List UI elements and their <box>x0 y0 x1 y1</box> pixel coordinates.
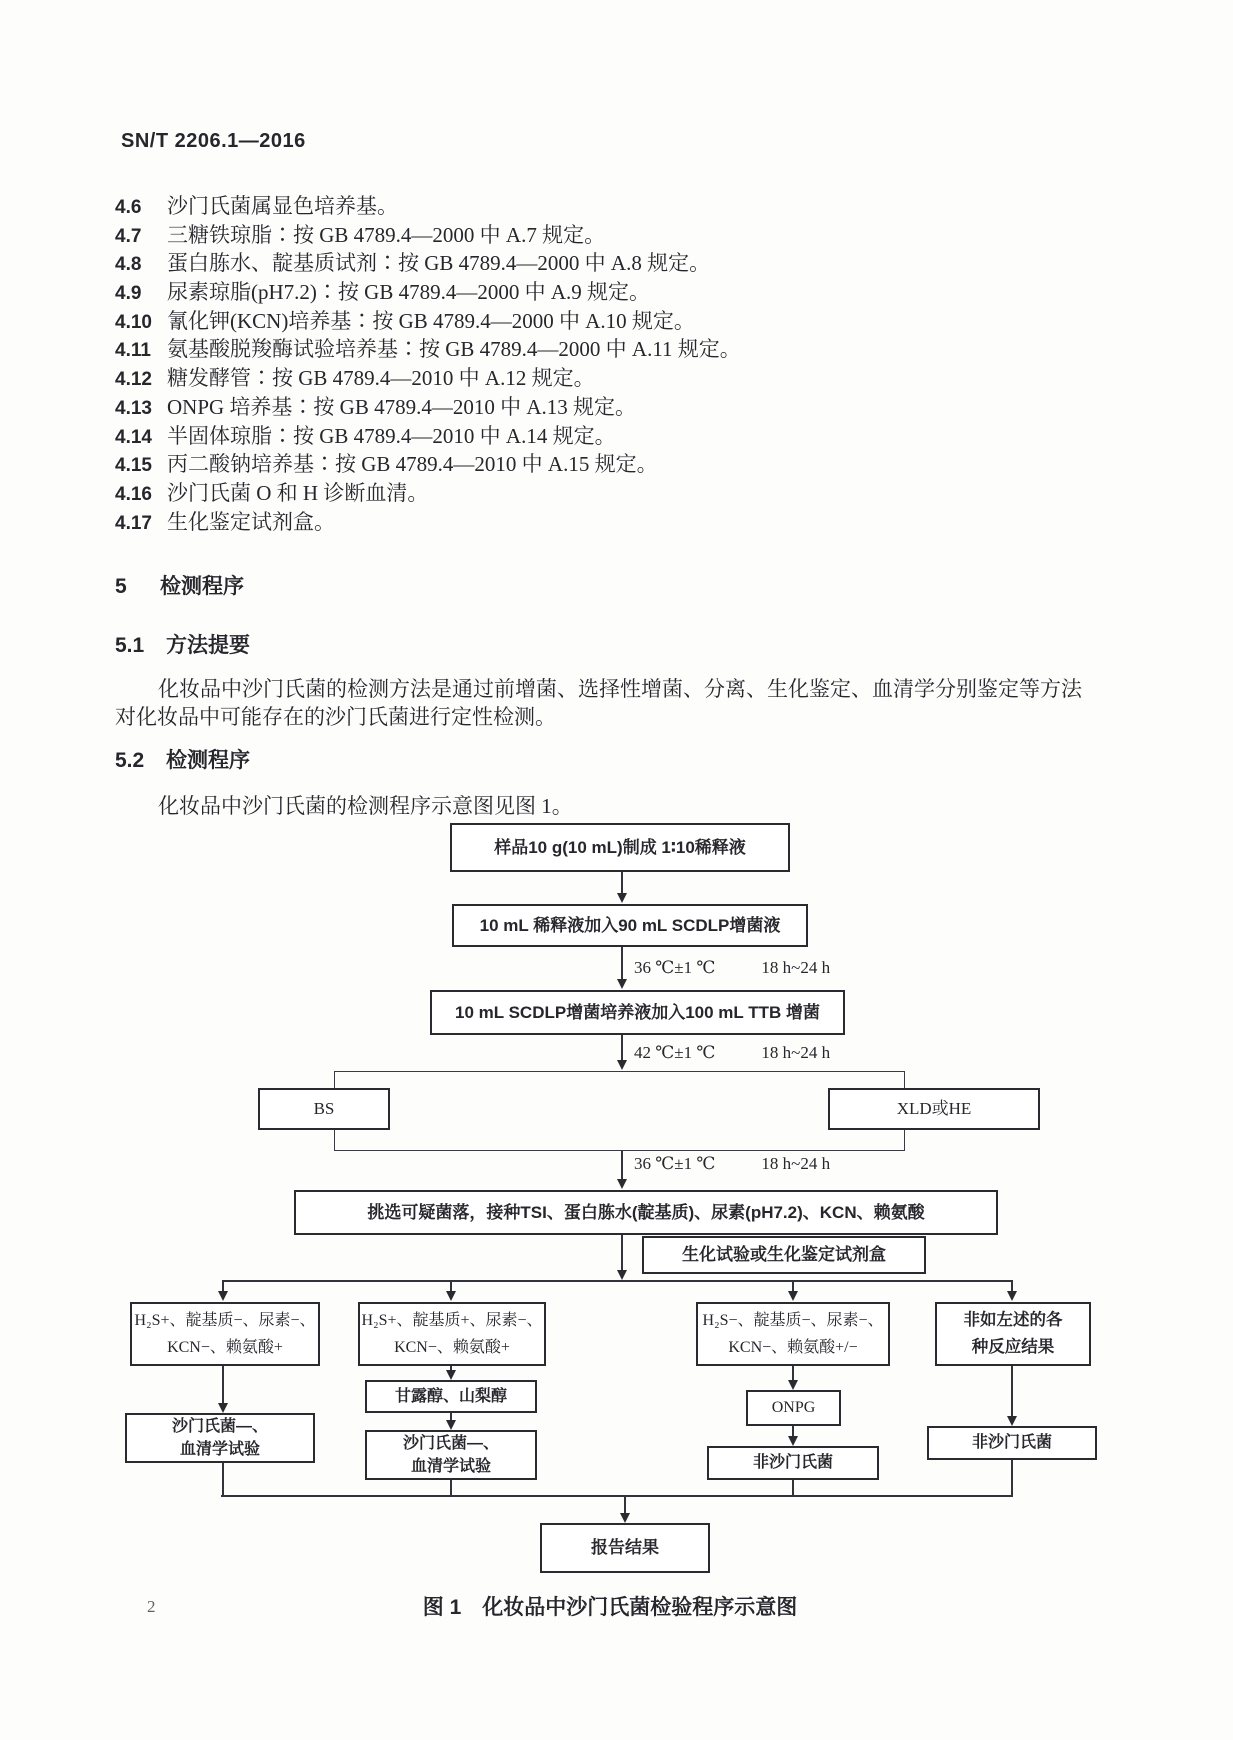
clause-number: 4.16 <box>115 481 167 510</box>
clause-item: 4.15丙二酸钠培养基∶按 GB 4789.4—2010 中 A.15 规定。 <box>115 450 741 479</box>
criteria-line: 种反应结果 <box>972 1334 1055 1361</box>
figure-caption: 图 1 化妆品中沙门氏菌检验程序示意图 <box>0 1591 1220 1621</box>
clause-text: 糖发酵管∶按 GB 4789.4—2010 中 A.12 规定。 <box>167 366 595 390</box>
arrow-down-icon <box>788 1436 798 1446</box>
flow-box-ttb: 10 mL SCDLP增菌培养液加入100 mL TTB 增菌 <box>430 990 845 1035</box>
result-line: 沙门氏菌—、 <box>172 1415 268 1438</box>
flow-connector <box>621 872 623 893</box>
flow-box-criteria-1: H₂S+、靛基质−、尿素−、 KCN−、赖氨酸+ <box>130 1302 320 1366</box>
incubation-condition-2: 42 ℃±1 ℃ 18 h~24 h <box>634 1043 830 1063</box>
flow-connector <box>624 1497 626 1513</box>
flow-box-pick-colonies: 挑选可疑菌落，接种TSI、蛋白胨水(靛基质)、尿素(pH7.2)、KCN、赖氨酸 <box>294 1190 998 1235</box>
clause-number: 4.6 <box>115 194 167 223</box>
section-number: 5 <box>115 575 160 599</box>
flow-join-line <box>221 1495 1013 1497</box>
criteria-line: KCN−、赖氨酸+ <box>394 1334 510 1361</box>
flow-connector <box>1011 1282 1013 1291</box>
flow-split-loop <box>334 1071 905 1151</box>
arrow-down-icon <box>446 1291 456 1301</box>
incubation-condition-1: 36 ℃±1 ℃ 18 h~24 h <box>634 958 830 978</box>
clause-item: 4.12糖发酵管∶按 GB 4789.4—2010 中 A.12 规定。 <box>115 364 741 393</box>
arrow-down-icon <box>446 1420 456 1430</box>
clause-text: 三糖铁琼脂∶按 GB 4789.4—2000 中 A.7 规定。 <box>167 223 605 247</box>
clause-item: 4.6沙门氏菌属显色培养基。 <box>115 192 741 221</box>
clause-item: 4.9尿素琼脂(pH7.2)∶按 GB 4789.4—2000 中 A.9 规定… <box>115 278 741 307</box>
flow-connector <box>792 1282 794 1291</box>
condition-time: 18 h~24 h <box>761 1154 830 1174</box>
section-title: 方法提要 <box>166 634 250 657</box>
clause-text: 氰化钾(KCN)培养基∶按 GB 4789.4—2000 中 A.10 规定。 <box>167 309 695 333</box>
section-5-2-heading: 5.2检测程序 <box>115 744 250 774</box>
clause-number: 4.17 <box>115 510 167 539</box>
document-page: SN/T 2206.1—2016 4.6沙门氏菌属显色培养基。 4.7三糖铁琼脂… <box>0 0 1233 1740</box>
arrow-down-icon <box>788 1291 798 1301</box>
flow-box-criteria-3: H₂S−、靛基质−、尿素−、 KCN−、赖氨酸+/− <box>696 1302 890 1366</box>
clause-item: 4.17生化鉴定试剂盒。 <box>115 508 741 537</box>
clause-text: 氨基酸脱羧酶试验培养基∶按 GB 4789.4—2000 中 A.11 规定。 <box>167 337 741 361</box>
flow-box-mannitol: 甘露醇、山梨醇 <box>365 1380 537 1413</box>
result-line: 沙门氏菌—、 <box>403 1432 499 1455</box>
clause-number: 4.14 <box>115 424 167 453</box>
paragraph-5-1-line1: 化妆品中沙门氏菌的检测方法是通过前增菌、选择性增菌、分离、生化鉴定、血清学分别鉴… <box>158 673 1082 703</box>
flow-connector <box>792 1426 794 1436</box>
flow-connector <box>621 947 623 979</box>
criteria-line: H₂S−、靛基质−、尿素−、 <box>702 1307 883 1334</box>
flow-connector <box>621 1235 623 1270</box>
flow-box-sample: 样品10 g(10 mL)制成 1∶10稀释液 <box>450 823 790 872</box>
clause-item: 4.11氨基酸脱羧酶试验培养基∶按 GB 4789.4—2000 中 A.11 … <box>115 335 741 364</box>
arrow-down-icon <box>617 1270 627 1280</box>
section-number: 5.2 <box>115 749 166 773</box>
clause-number: 4.11 <box>115 337 167 366</box>
clause-text: 蛋白胨水、靛基质试剂∶按 GB 4789.4—2000 中 A.8 规定。 <box>167 251 710 275</box>
flow-connector <box>1011 1366 1013 1416</box>
flow-split-line <box>222 1280 1013 1282</box>
arrow-down-icon <box>620 1513 630 1523</box>
arrow-down-icon <box>446 1370 456 1380</box>
flow-box-result-2: 沙门氏菌—、 血清学试验 <box>365 1430 537 1480</box>
arrow-down-icon <box>218 1403 228 1413</box>
section-title: 检测程序 <box>160 575 244 598</box>
arrow-down-icon <box>1007 1416 1017 1426</box>
clause-text: 生化鉴定试剂盒。 <box>167 510 335 534</box>
arrow-down-icon <box>617 979 627 989</box>
arrow-down-icon <box>1007 1291 1017 1301</box>
flow-box-biochem-test: 生化试验或生化鉴定试剂盒 <box>642 1236 926 1274</box>
clause-item: 4.16沙门氏菌 O 和 H 诊断血清。 <box>115 479 741 508</box>
clause-item: 4.13ONPG 培养基∶按 GB 4789.4—2010 中 A.13 规定。 <box>115 393 741 422</box>
condition-temp: 42 ℃±1 ℃ <box>634 1043 715 1063</box>
condition-time: 18 h~24 h <box>761 958 830 978</box>
flow-box-bs: BS <box>258 1088 390 1130</box>
flow-box-onpg: ONPG <box>746 1390 841 1426</box>
flow-connector <box>222 1366 224 1403</box>
clause-number: 4.7 <box>115 223 167 252</box>
section-number: 5.1 <box>115 634 166 658</box>
clause-item: 4.7三糖铁琼脂∶按 GB 4789.4—2000 中 A.7 规定。 <box>115 221 741 250</box>
flow-box-dilution: 10 mL 稀释液加入90 mL SCDLP增菌液 <box>452 904 808 947</box>
standard-number-header: SN/T 2206.1—2016 <box>121 130 306 153</box>
clause-text: 沙门氏菌属显色培养基。 <box>167 194 398 218</box>
arrow-down-icon <box>218 1291 228 1301</box>
flow-connector <box>222 1282 224 1291</box>
clause-number: 4.10 <box>115 309 167 338</box>
condition-time: 18 h~24 h <box>761 1043 830 1063</box>
section-5-1-heading: 5.1方法提要 <box>115 629 250 659</box>
arrow-down-icon <box>617 893 627 903</box>
clause-item: 4.8蛋白胨水、靛基质试剂∶按 GB 4789.4—2000 中 A.8 规定。 <box>115 249 741 278</box>
paragraph-5-1-line2: 对化妆品中可能存在的沙门氏菌进行定性检测。 <box>115 701 556 731</box>
page-number: 2 <box>147 1597 156 1617</box>
criteria-line: KCN−、赖氨酸+ <box>167 1334 283 1361</box>
arrow-down-icon <box>788 1380 798 1390</box>
flow-connector <box>792 1480 794 1496</box>
condition-temp: 36 ℃±1 ℃ <box>634 958 715 978</box>
flow-box-result-3: 非沙门氏菌 <box>707 1446 879 1480</box>
condition-temp: 36 ℃±1 ℃ <box>634 1154 715 1174</box>
criteria-line: H₂S+、靛基质−、尿素−、 <box>134 1307 315 1334</box>
clause-text: 丙二酸钠培养基∶按 GB 4789.4—2010 中 A.15 规定。 <box>167 452 658 476</box>
incubation-condition-3: 36 ℃±1 ℃ 18 h~24 h <box>634 1154 830 1174</box>
flow-connector <box>1011 1460 1013 1496</box>
flow-box-xld: XLD或HE <box>828 1088 1040 1130</box>
criteria-line: KCN−、赖氨酸+/− <box>728 1334 857 1361</box>
clause-text: 尿素琼脂(pH7.2)∶按 GB 4789.4—2000 中 A.9 规定。 <box>167 280 650 304</box>
criteria-line: H₂S+、靛基质+、尿素−、 <box>361 1307 542 1334</box>
flow-box-report: 报告结果 <box>540 1523 710 1573</box>
clause-item: 4.10氰化钾(KCN)培养基∶按 GB 4789.4—2000 中 A.10 … <box>115 307 741 336</box>
flow-connector <box>621 1151 623 1179</box>
clause-number: 4.15 <box>115 452 167 481</box>
criteria-line: 非如左述的各 <box>964 1307 1063 1334</box>
flow-connector <box>450 1282 452 1291</box>
arrow-down-icon <box>617 1060 627 1070</box>
flow-connector <box>450 1413 452 1420</box>
flow-connector <box>621 1035 623 1060</box>
clause-number: 4.8 <box>115 251 167 280</box>
result-line: 血清学试验 <box>411 1455 491 1478</box>
clause-text: 沙门氏菌 O 和 H 诊断血清。 <box>167 481 428 505</box>
clause-number: 4.9 <box>115 280 167 309</box>
result-line: 血清学试验 <box>180 1438 260 1461</box>
clause-number: 4.13 <box>115 395 167 424</box>
paragraph-5-2: 化妆品中沙门氏菌的检测程序示意图见图 1。 <box>158 790 573 820</box>
section-title: 检测程序 <box>166 749 250 772</box>
flow-connector <box>222 1463 224 1496</box>
flow-box-result-1: 沙门氏菌—、 血清学试验 <box>125 1413 315 1463</box>
clause-number: 4.12 <box>115 366 167 395</box>
flow-connector <box>792 1366 794 1380</box>
clause-text: ONPG 培养基∶按 GB 4789.4—2010 中 A.13 规定。 <box>167 395 636 419</box>
clause-list: 4.6沙门氏菌属显色培养基。 4.7三糖铁琼脂∶按 GB 4789.4—2000… <box>115 192 741 536</box>
clause-item: 4.14半固体琼脂∶按 GB 4789.4—2010 中 A.14 规定。 <box>115 422 741 451</box>
flow-box-criteria-2: H₂S+、靛基质+、尿素−、 KCN−、赖氨酸+ <box>358 1302 546 1366</box>
clause-text: 半固体琼脂∶按 GB 4789.4—2010 中 A.14 规定。 <box>167 424 616 448</box>
flow-box-criteria-4: 非如左述的各 种反应结果 <box>935 1302 1091 1366</box>
flow-box-result-4: 非沙门氏菌 <box>927 1426 1097 1460</box>
arrow-down-icon <box>617 1179 627 1189</box>
section-5-heading: 5检测程序 <box>115 570 244 600</box>
flow-connector <box>450 1480 452 1496</box>
